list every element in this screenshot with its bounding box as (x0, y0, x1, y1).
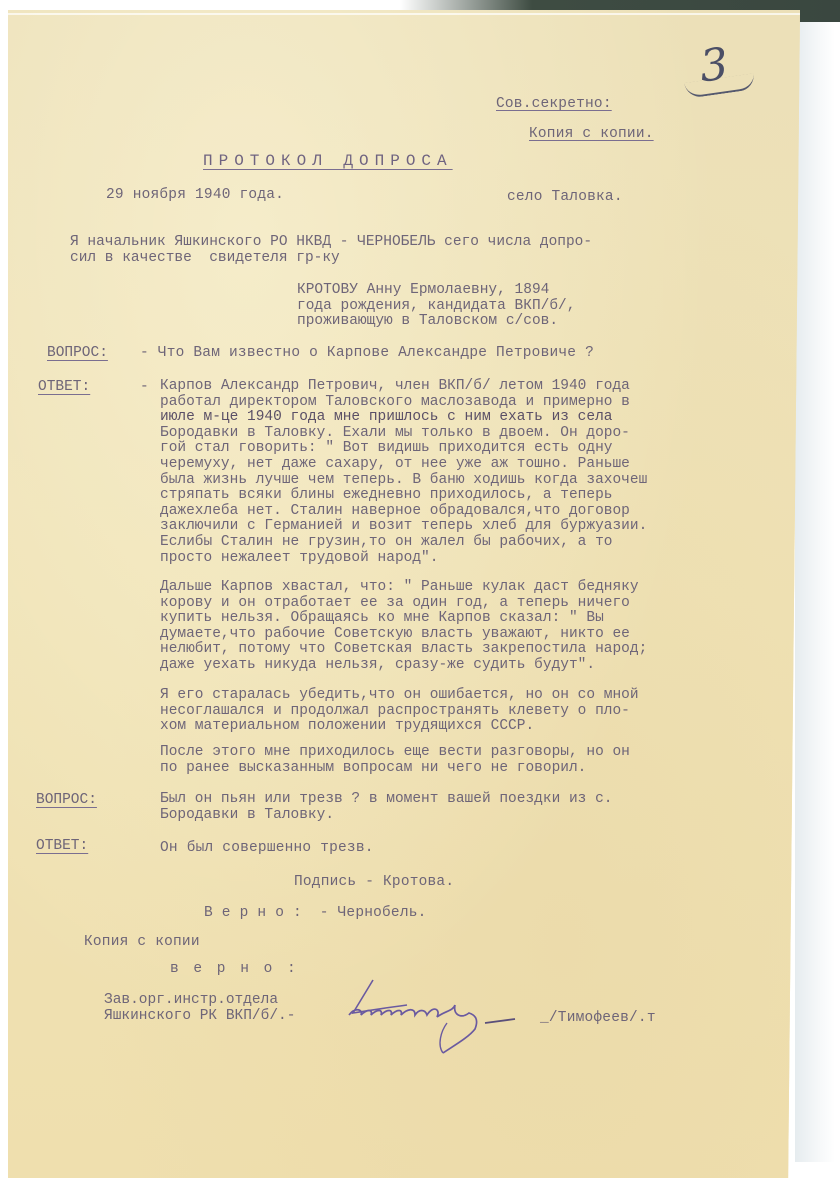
answer-line: Карпов Александр Петрович, член ВКП/б/ л… (160, 379, 647, 395)
answer-line: заключили с Германией и возит теперь хле… (160, 519, 647, 535)
answer-line: После этого мне приходилось еще вести ра… (160, 745, 630, 761)
answer-paragraph-1: Карпов Александр Петрович, член ВКП/б/ л… (160, 379, 647, 566)
answer-text: Он был совершенно трезв. (160, 840, 374, 856)
answer-line: нелюбит, потому что Советская власть зак… (160, 642, 647, 658)
witness-signature-line: Подпись - Кротова. (294, 874, 454, 890)
copy-note: Копия с копии. (529, 126, 654, 142)
answer-line: черемуху, нет даже сахару, от нее уже аж… (160, 457, 647, 473)
answer-line: просто нежалеет трудовой народ". (160, 551, 647, 567)
official-title-line: Яшкинского РК ВКП/б/.- (104, 1009, 295, 1025)
witness-line: года рождения, кандидата ВКП/б/, (297, 299, 575, 315)
answer-paragraph-2: Дальше Карпов хвастал, что: " Раньше кул… (160, 580, 647, 674)
document-place: село Таловка. (507, 189, 623, 205)
copy-of-copy-label: Копия с копии (84, 934, 200, 950)
copy-certified-label: в е р н о : (170, 961, 299, 977)
document-date: 29 ноября 1940 года. (106, 187, 284, 203)
handwritten-signature (345, 975, 525, 1065)
question-label: ВОПРОС: (36, 792, 97, 808)
answer-line: даже уехать никуда нельзя, сразу-же суди… (160, 658, 647, 674)
question-label: ВОПРОС: (47, 345, 108, 361)
answer-line: июле м-це 1940 года мне пришлось с ним е… (160, 410, 647, 426)
question-text: - Что Вам известно о Карпове Александре … (140, 345, 594, 361)
intro-paragraph: Я начальник Яшкинского РО НКВД - ЧЕРНОБЕ… (70, 235, 592, 266)
certification-line: В е р н о : - Чернобель. (204, 905, 427, 921)
page-shadow (795, 22, 835, 1162)
answer-line: несоглашался и продолжал распространять … (160, 704, 639, 720)
answer-line: работал директором Таловского маслозавод… (160, 395, 647, 411)
official-title: Зав.орг.инстр.отдела Яшкинского РК ВКП/б… (104, 993, 295, 1024)
answer-line: корову и он отработает ее за один год, а… (160, 596, 647, 612)
question-line: Был он пьян или трезв ? в момент вашей п… (160, 792, 612, 808)
answer-line: Еслибы Сталин не грузин,то он жалел бы р… (160, 535, 647, 551)
intro-line: сил в качестве свидетеля гр-ку (70, 251, 592, 267)
answer-line: по ранее высказанным вопросам ни чего не… (160, 761, 630, 777)
question-text: Был он пьян или трезв ? в момент вашей п… (160, 792, 612, 823)
answer-paragraph-4: После этого мне приходилось еще вести ра… (160, 745, 630, 776)
answer-label: ОТВЕТ: (36, 838, 88, 854)
official-title-line: Зав.орг.инстр.отдела (104, 993, 295, 1009)
answer-line: Дальше Карпов хвастал, что: " Раньше кул… (160, 580, 647, 596)
witness-line: проживающую в Таловском с/сов. (297, 314, 575, 330)
answer-line: купить нельзя. Обращаясь ко мне Карпов с… (160, 611, 647, 627)
answer-line: была жизнь лучше чем теперь. В баню ходи… (160, 473, 647, 489)
witness-line: КРОТОВУ Анну Ермолаевну, 1894 (297, 283, 575, 299)
witness-block: КРОТОВУ Анну Ермолаевну, 1894 года рожде… (297, 283, 575, 330)
question-line: Бородавки в Таловку. (160, 808, 612, 824)
classification-stamp: Сов.секретно: (496, 96, 612, 112)
answer-dash: - (140, 379, 149, 395)
answer-line: гой стал говорить: " Вот видишь приходит… (160, 441, 647, 457)
answer-line: хом материальном положении трудящихся СС… (160, 719, 639, 735)
official-name: _/Тимофеев/.т (540, 1010, 656, 1026)
intro-line: Я начальник Яшкинского РО НКВД - ЧЕРНОБЕ… (70, 235, 592, 251)
document-title: ПРОТОКОЛ ДОПРОСА (203, 152, 453, 170)
answer-paragraph-3: Я его старалась убедить,что он ошибается… (160, 688, 639, 735)
answer-line: дажехлеба нет. Сталин наверное обрадовал… (160, 504, 647, 520)
answer-line: стряпать всяки блины ежедневно приходило… (160, 488, 647, 504)
answer-label: ОТВЕТ: (38, 379, 90, 395)
answer-line: Я его старалась убедить,что он ошибается… (160, 688, 639, 704)
